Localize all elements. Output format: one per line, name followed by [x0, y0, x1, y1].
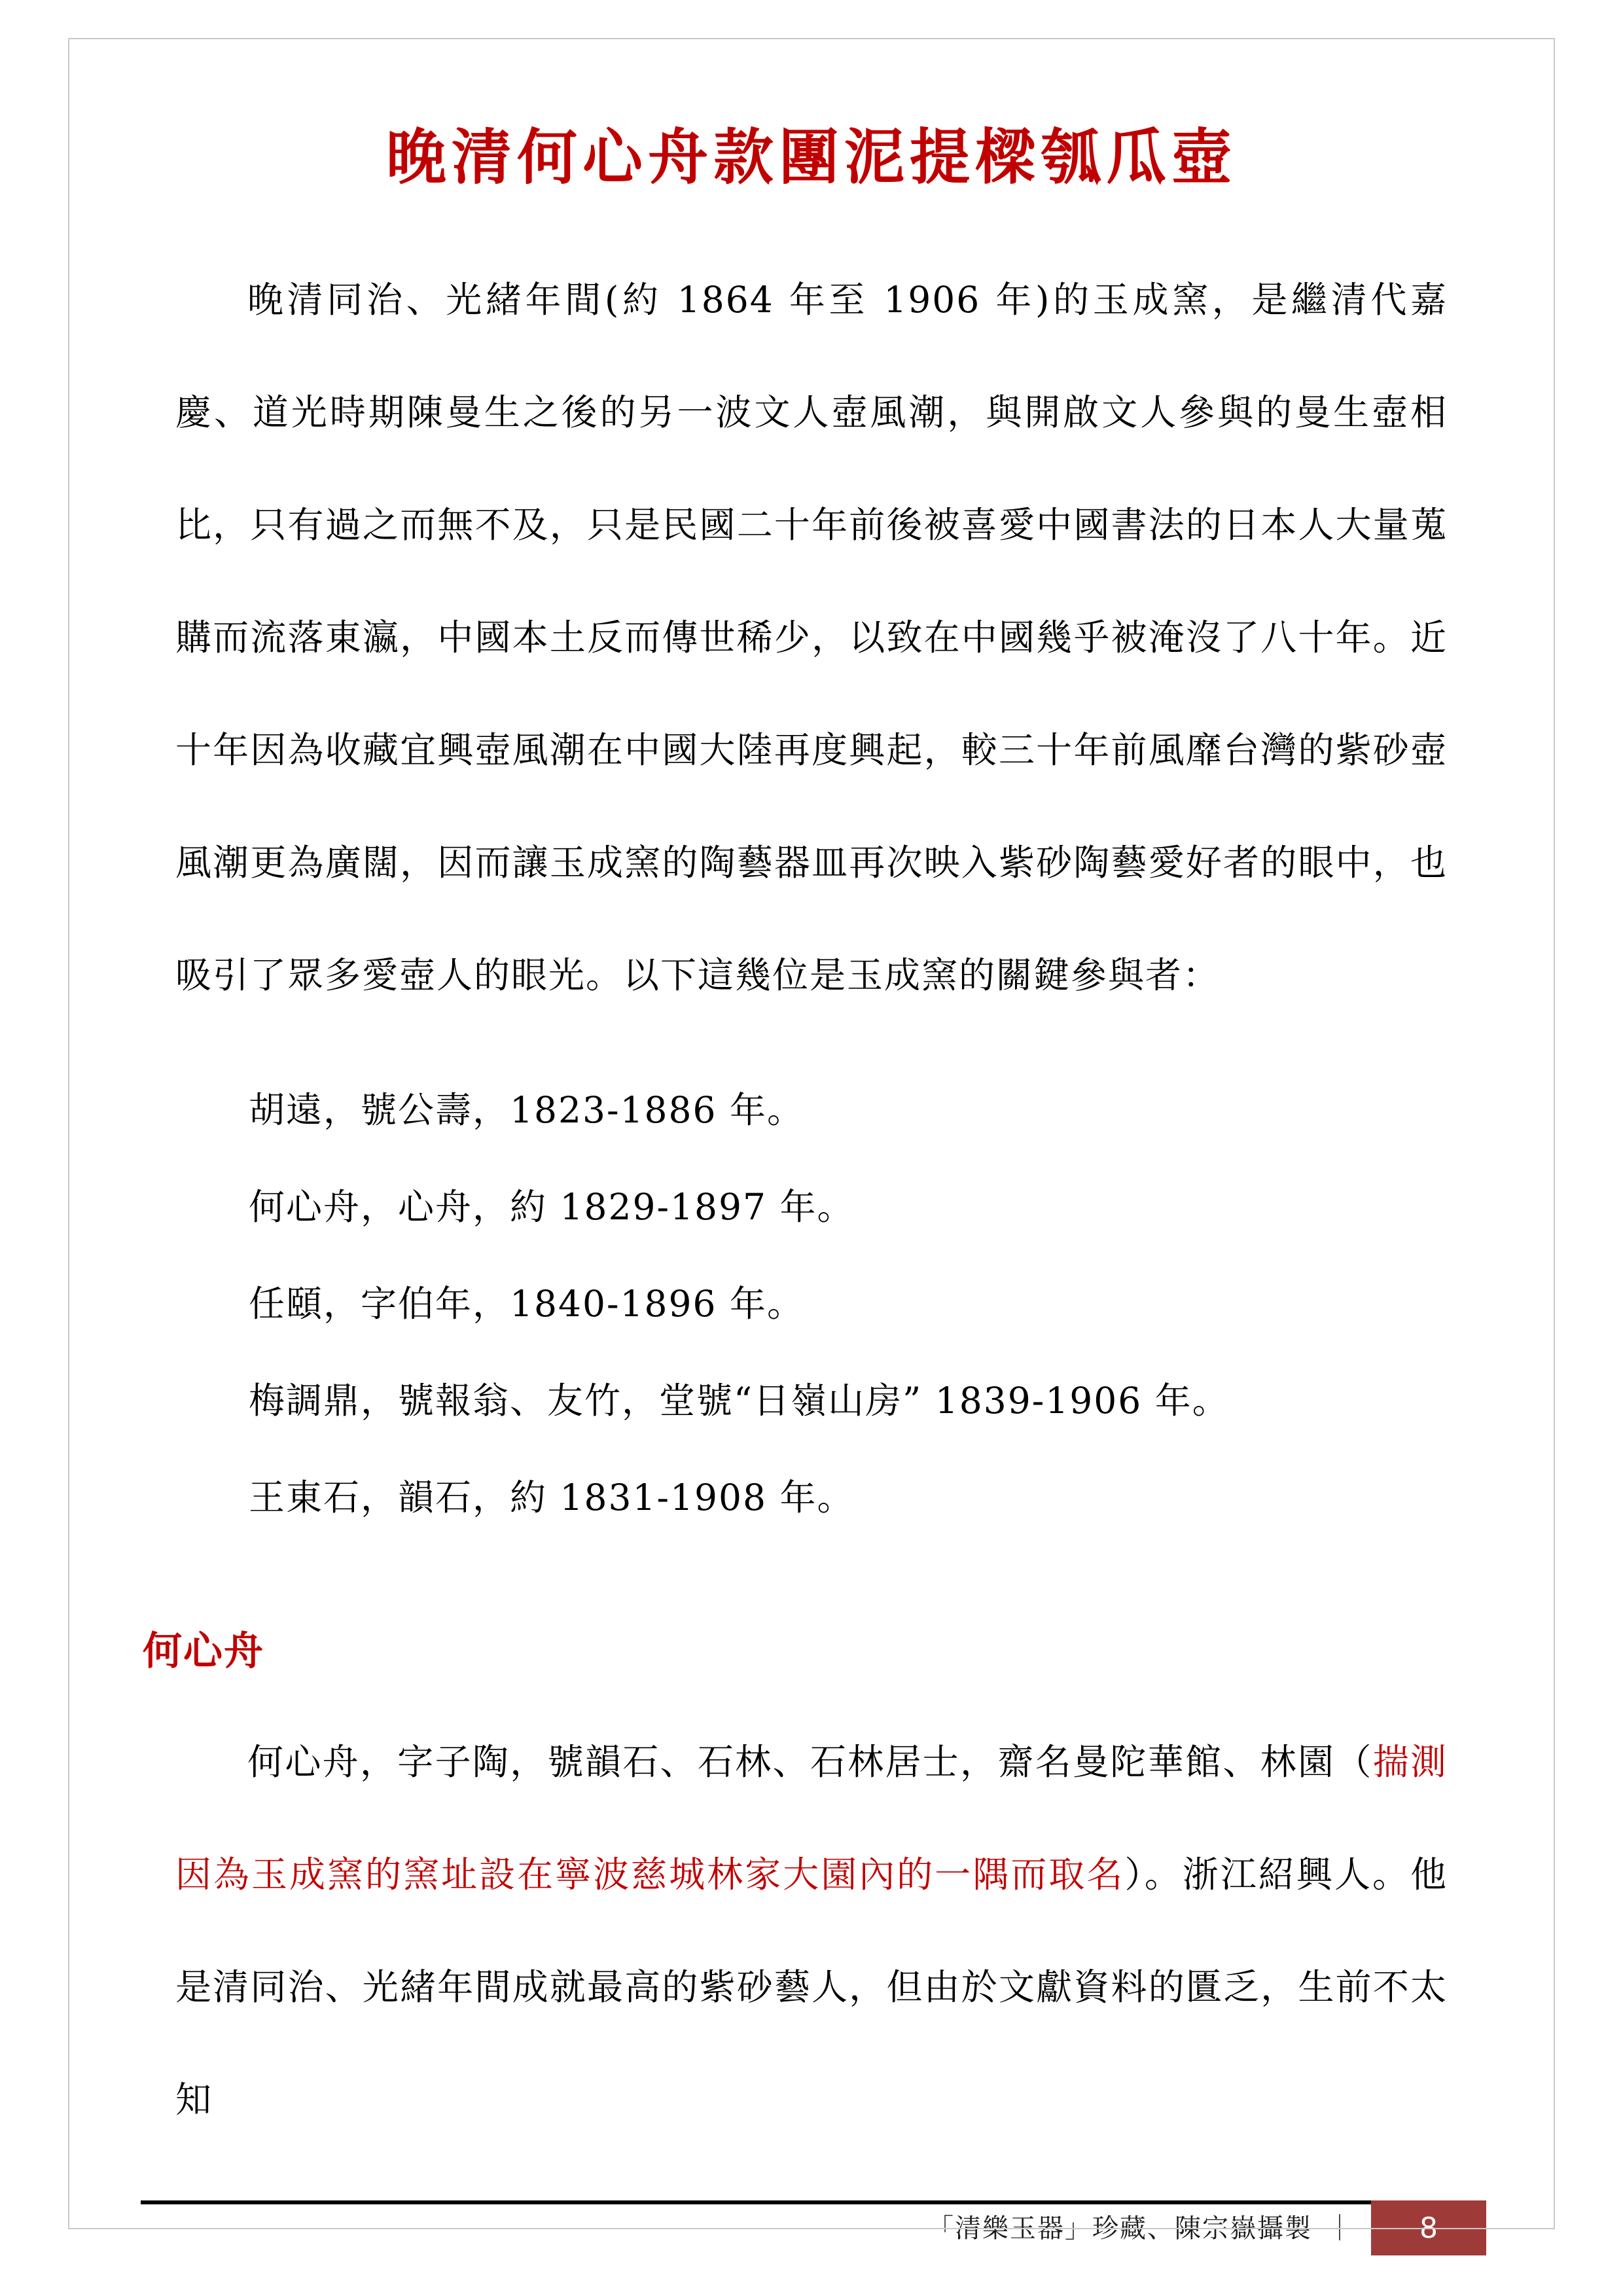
participants-list: 胡遠，號公壽，1823-1886 年。 何心舟，心舟，約 1829-1897 年…	[175, 1062, 1448, 1546]
list-item: 何心舟，心舟，約 1829-1897 年。	[175, 1158, 1448, 1255]
footer-credit: 「清樂玉器」珍藏、陳宗嶽攝製	[927, 2214, 1312, 2244]
footer-credit-row: 「清樂玉器」珍藏、陳宗嶽攝製｜	[141, 2204, 1371, 2253]
intro-paragraph: 晚清同治、光緒年間(約 1864 年至 1906 年)的玉成窯，是繼清代嘉慶、道…	[175, 243, 1448, 1031]
hexinzhou-paragraph: 何心舟，字子陶，號韻石、石林、石林居士，齋名曼陀華館、林園（揣測因為玉成窯的窯址…	[175, 1706, 1448, 2156]
page-title: 晚清何心舟款團泥提樑瓠瓜壺	[177, 117, 1446, 198]
page-footer: 「清樂玉器」珍藏、陳宗嶽攝製｜ 8	[141, 2200, 1486, 2257]
document-page: 晚清何心舟款團泥提樑瓠瓜壺 晚清同治、光緒年間(約 1864 年至 1906 年…	[0, 0, 1623, 2296]
list-item: 王東石，韻石，約 1831-1908 年。	[175, 1449, 1448, 1546]
paragraph-text: 何心舟，字子陶，號韻石、石林、石林居士，齋名曼陀華館、林園（	[247, 1741, 1373, 1783]
footer-separator: ｜	[1327, 2204, 1354, 2253]
section-heading: 何心舟	[143, 1609, 1623, 1694]
page-number-block: 8	[1371, 2200, 1486, 2255]
list-item: 任頤，字伯年，1840-1896 年。	[175, 1255, 1448, 1352]
page-content: 晚清何心舟款團泥提樑瓠瓜壺 晚清同治、光緒年間(約 1864 年至 1906 年…	[0, 0, 1623, 2296]
list-item: 梅調鼎，號報翁、友竹，堂號“日嶺山房” 1839-1906 年。	[175, 1352, 1448, 1449]
page-number: 8	[1419, 2212, 1438, 2245]
list-item: 胡遠，號公壽，1823-1886 年。	[175, 1062, 1448, 1158]
